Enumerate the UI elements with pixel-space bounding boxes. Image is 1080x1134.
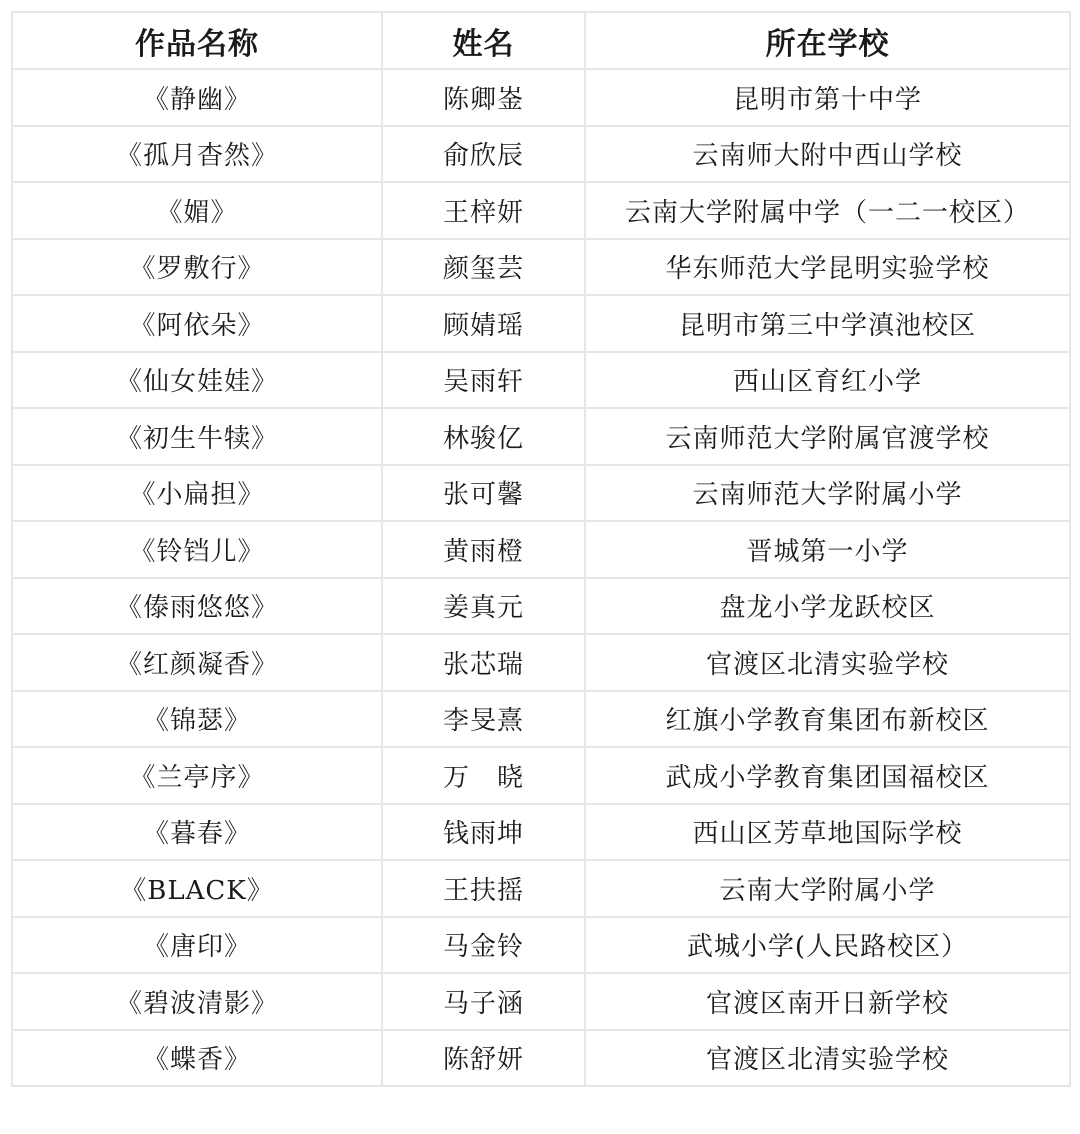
table-row: 《蝶香》陈舒妍官渡区北清实验学校 [12, 1030, 1070, 1087]
table-row: 《傣雨悠悠》姜真元盘龙小学龙跃校区 [12, 578, 1070, 635]
cell-name: 张芯瑞 [382, 634, 585, 691]
cell-work: 《唐印》 [12, 917, 382, 974]
cell-work: 《蝶香》 [12, 1030, 382, 1087]
cell-work: 《BLACK》 [12, 860, 382, 917]
header-school: 所在学校 [585, 12, 1070, 69]
table-row: 《罗敷行》颜玺芸华东师范大学昆明实验学校 [12, 239, 1070, 296]
cell-name: 马金铃 [382, 917, 585, 974]
cell-work: 《罗敷行》 [12, 239, 382, 296]
cell-name: 万 晓 [382, 747, 585, 804]
cell-work: 《孤月杳然》 [12, 126, 382, 183]
cell-school: 华东师范大学昆明实验学校 [585, 239, 1070, 296]
table-header-row: 作品名称 姓名 所在学校 [12, 12, 1070, 69]
cell-work: 《仙女娃娃》 [12, 352, 382, 409]
table-row: 《孤月杳然》俞欣辰云南师大附中西山学校 [12, 126, 1070, 183]
table-row: 《仙女娃娃》吴雨轩西山区育红小学 [12, 352, 1070, 409]
cell-work: 《铃铛儿》 [12, 521, 382, 578]
works-table-container: 作品名称 姓名 所在学校 《静幽》陈卿崟昆明市第十中学 《孤月杳然》俞欣辰云南师… [11, 11, 1069, 1087]
table-row: 《初生牛犊》林骏亿云南师范大学附属官渡学校 [12, 408, 1070, 465]
cell-school: 官渡区北清实验学校 [585, 634, 1070, 691]
cell-school: 武城小学(人民路校区） [585, 917, 1070, 974]
cell-school: 官渡区北清实验学校 [585, 1030, 1070, 1087]
table-row: 《媚》王梓妍云南大学附属中学（一二一校区） [12, 182, 1070, 239]
works-table: 作品名称 姓名 所在学校 《静幽》陈卿崟昆明市第十中学 《孤月杳然》俞欣辰云南师… [11, 11, 1071, 1087]
cell-name: 林骏亿 [382, 408, 585, 465]
cell-school: 云南大学附属中学（一二一校区） [585, 182, 1070, 239]
cell-school: 晋城第一小学 [585, 521, 1070, 578]
cell-name: 姜真元 [382, 578, 585, 635]
cell-work: 《阿依朵》 [12, 295, 382, 352]
cell-school: 西山区育红小学 [585, 352, 1070, 409]
cell-work: 《锦瑟》 [12, 691, 382, 748]
table-row: 《铃铛儿》黄雨橙晋城第一小学 [12, 521, 1070, 578]
cell-name: 黄雨橙 [382, 521, 585, 578]
cell-work: 《暮春》 [12, 804, 382, 861]
table-row: 《红颜凝香》张芯瑞官渡区北清实验学校 [12, 634, 1070, 691]
cell-school: 云南师范大学附属小学 [585, 465, 1070, 522]
cell-work: 《碧波清影》 [12, 973, 382, 1030]
cell-work: 《初生牛犊》 [12, 408, 382, 465]
cell-school: 官渡区南开日新学校 [585, 973, 1070, 1030]
cell-work: 《小扁担》 [12, 465, 382, 522]
table-row: 《锦瑟》李旻熹红旗小学教育集团布新校区 [12, 691, 1070, 748]
cell-name: 俞欣辰 [382, 126, 585, 183]
cell-work: 《媚》 [12, 182, 382, 239]
cell-name: 钱雨坤 [382, 804, 585, 861]
header-name: 姓名 [382, 12, 585, 69]
cell-school: 武成小学教育集团国福校区 [585, 747, 1070, 804]
table-row: 《兰亭序》万 晓武成小学教育集团国福校区 [12, 747, 1070, 804]
table-row: 《静幽》陈卿崟昆明市第十中学 [12, 69, 1070, 126]
cell-name: 陈舒妍 [382, 1030, 585, 1087]
table-row: 《碧波清影》马子涵官渡区南开日新学校 [12, 973, 1070, 1030]
cell-name: 马子涵 [382, 973, 585, 1030]
cell-name: 王扶摇 [382, 860, 585, 917]
cell-school: 西山区芳草地国际学校 [585, 804, 1070, 861]
cell-school: 昆明市第三中学滇池校区 [585, 295, 1070, 352]
cell-work: 《静幽》 [12, 69, 382, 126]
cell-name: 李旻熹 [382, 691, 585, 748]
table-row: 《暮春》钱雨坤西山区芳草地国际学校 [12, 804, 1070, 861]
cell-name: 张可馨 [382, 465, 585, 522]
cell-school: 红旗小学教育集团布新校区 [585, 691, 1070, 748]
cell-work: 《红颜凝香》 [12, 634, 382, 691]
table-row: 《阿依朵》顾婧瑶昆明市第三中学滇池校区 [12, 295, 1070, 352]
cell-school: 盘龙小学龙跃校区 [585, 578, 1070, 635]
cell-school: 云南师范大学附属官渡学校 [585, 408, 1070, 465]
cell-school: 云南大学附属小学 [585, 860, 1070, 917]
cell-work: 《傣雨悠悠》 [12, 578, 382, 635]
cell-name: 颜玺芸 [382, 239, 585, 296]
cell-name: 顾婧瑶 [382, 295, 585, 352]
cell-name: 陈卿崟 [382, 69, 585, 126]
cell-school: 云南师大附中西山学校 [585, 126, 1070, 183]
cell-name: 王梓妍 [382, 182, 585, 239]
table-row: 《BLACK》王扶摇云南大学附属小学 [12, 860, 1070, 917]
cell-school: 昆明市第十中学 [585, 69, 1070, 126]
table-row: 《小扁担》张可馨云南师范大学附属小学 [12, 465, 1070, 522]
cell-name: 吴雨轩 [382, 352, 585, 409]
header-work-title: 作品名称 [12, 12, 382, 69]
cell-work: 《兰亭序》 [12, 747, 382, 804]
table-row: 《唐印》马金铃武城小学(人民路校区） [12, 917, 1070, 974]
